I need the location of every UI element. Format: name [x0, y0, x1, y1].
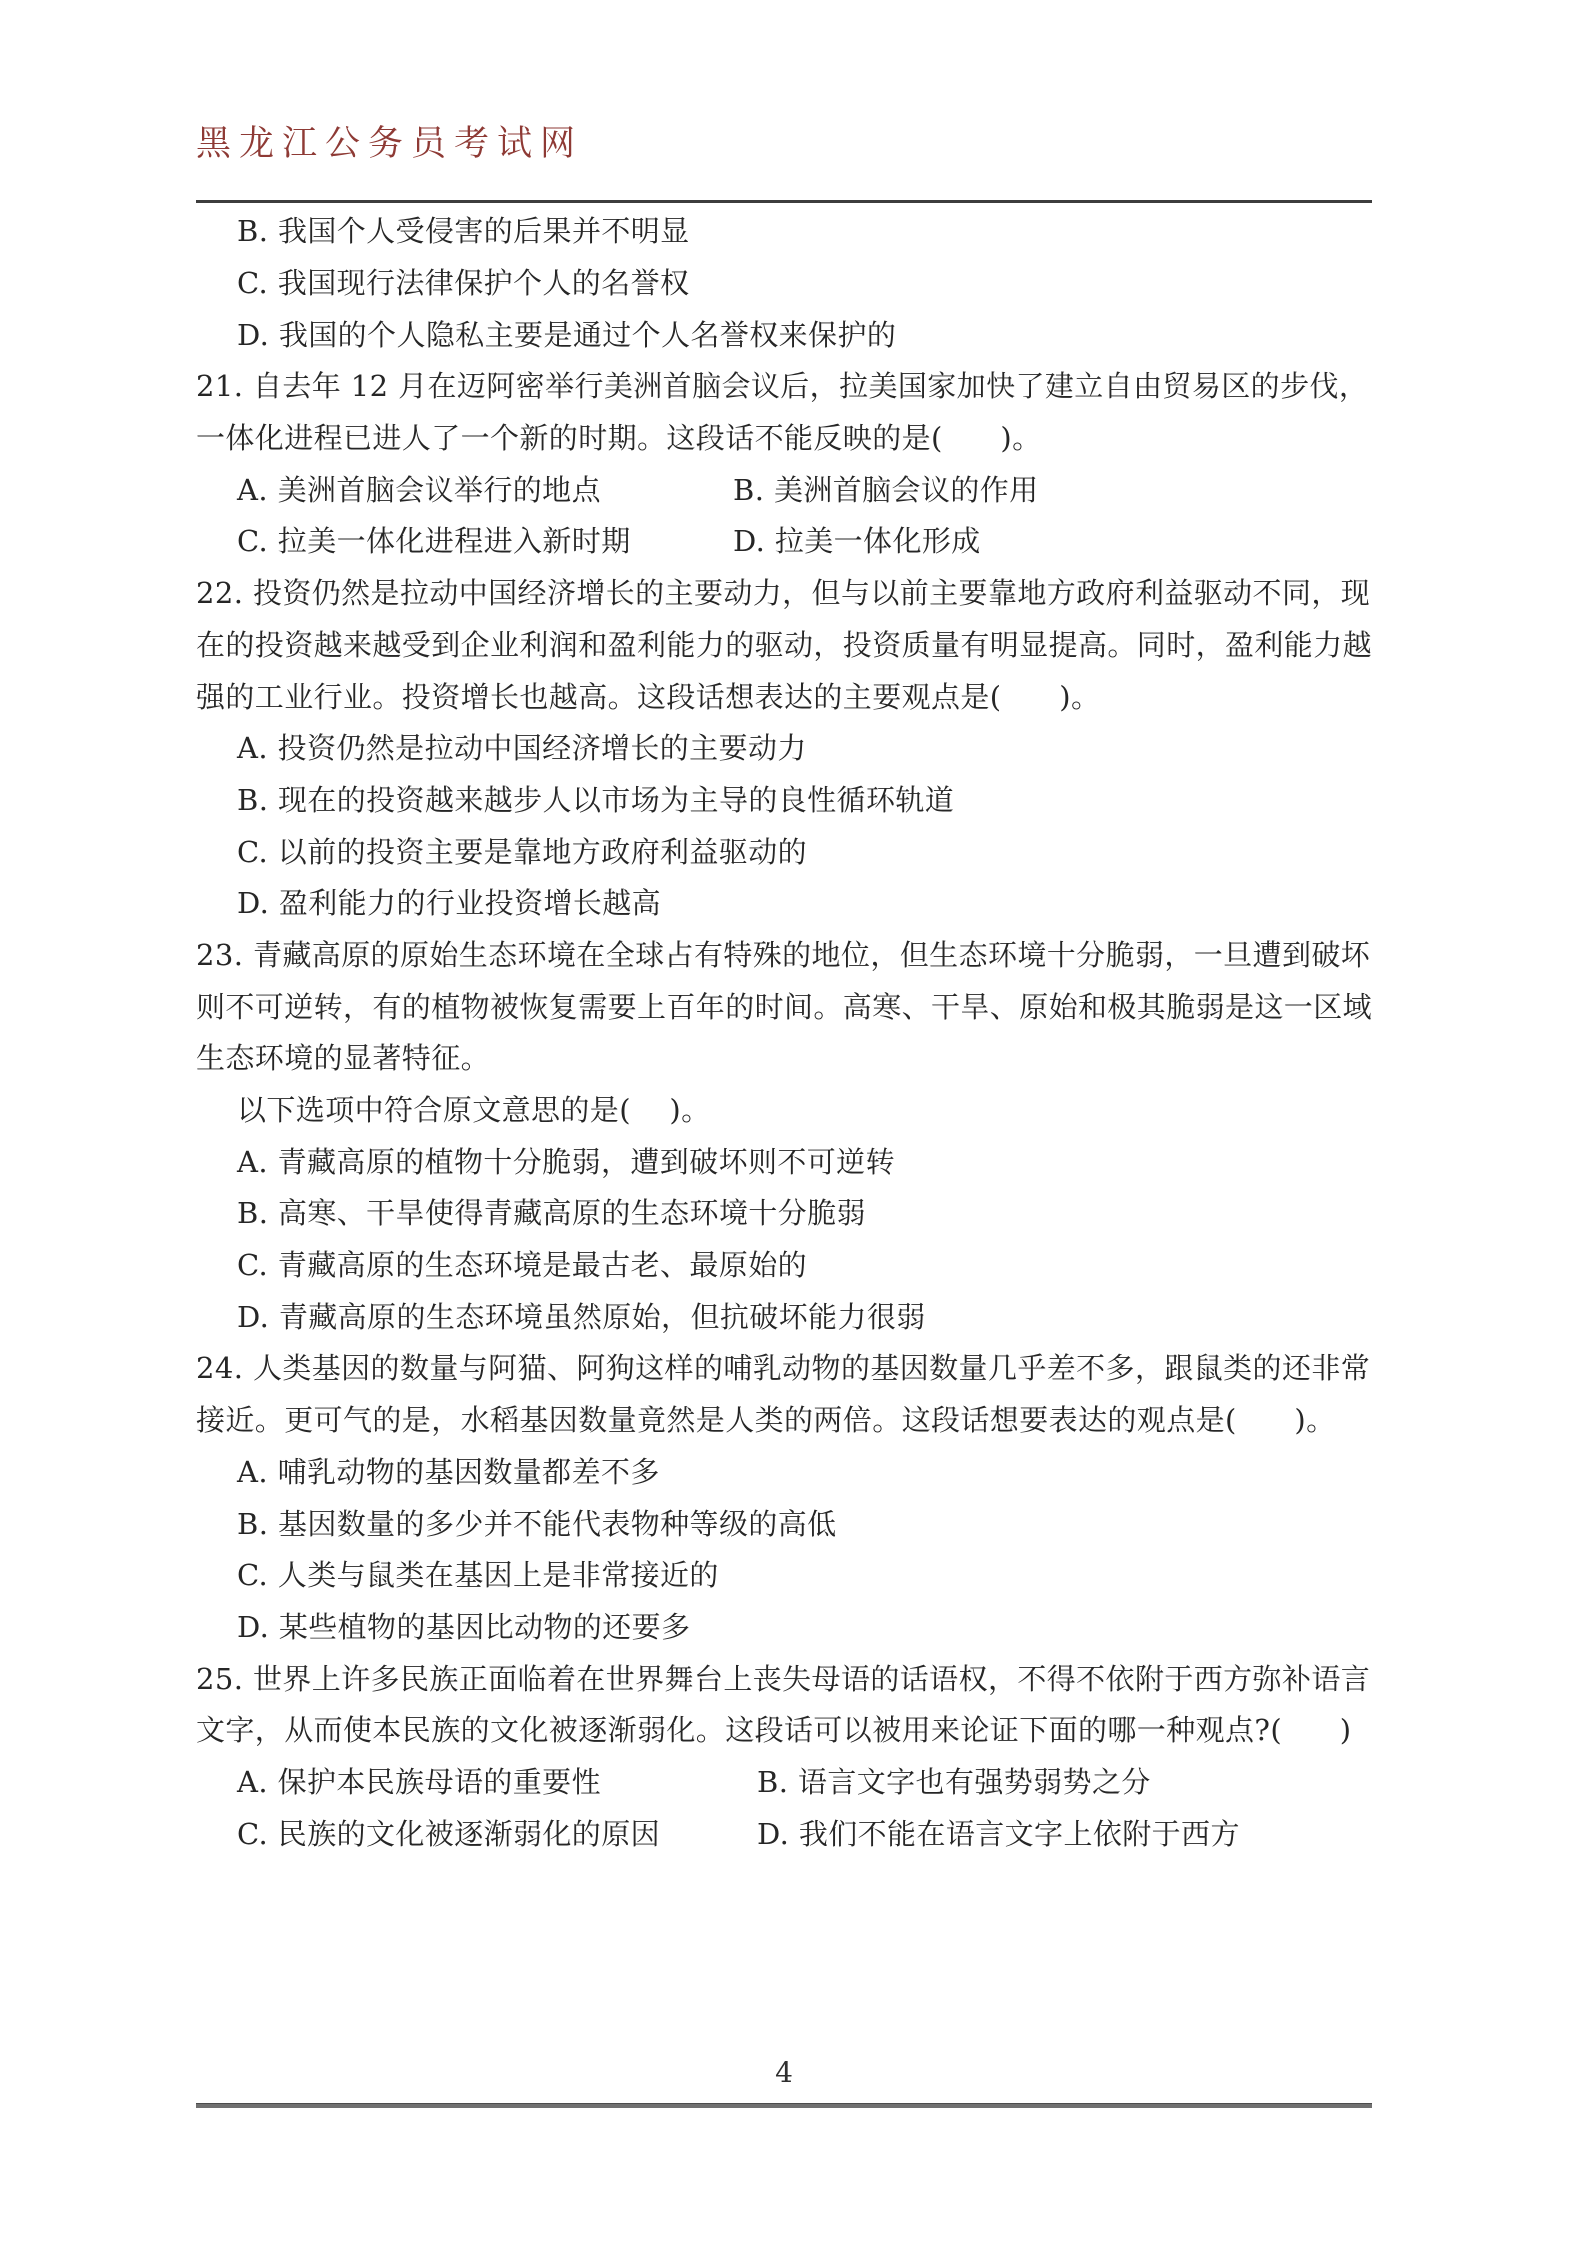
question-line: 25. 世界上许多民族正面临着在世界舞台上丧失母语的话语权，不得不依附于西方弥补… [196, 1651, 1376, 1703]
continuation-line: 一体化进程已进人了一个新的时期。这段话不能反映的是( )。 [196, 411, 1376, 463]
option-pair-line: C. 拉美一体化进程进入新时期D. 拉美一体化形成 [196, 514, 1376, 566]
option-line: D. 青藏高原的生态环境虽然原始，但抗破坏能力很弱 [196, 1289, 1376, 1341]
option-pair-line: A. 保护本民族母语的重要性B. 语言文字也有强势弱势之分 [196, 1755, 1376, 1807]
option-text: D. 我们不能在语言文字上依附于西方 [757, 1812, 1240, 1853]
continuation-line: 在的投资越来越受到企业利润和盈利能力的驱动，投资质量有明显提高。同时，盈利能力越 [196, 618, 1376, 670]
option-text: A. 美洲首脑会议举行的地点 [237, 468, 733, 509]
exam-document-page: 黑龙江公务员考试网 B. 我国个人受侵害的后果并不明显C. 我国现行法律保护个人… [0, 0, 1594, 2252]
continuation-line: 接近。更可气的是，水稻基因数量竟然是人类的两倍。这段话想要表达的观点是( )。 [196, 1393, 1376, 1445]
option-pair-line: C. 民族的文化被逐渐弱化的原因D. 我们不能在语言文字上依附于西方 [196, 1806, 1376, 1858]
continuation-line: 则不可逆转，有的植物被恢复需要上百年的时间。高寒、干旱、原始和极其脆弱是这一区域 [196, 979, 1376, 1031]
option-line: A. 投资仍然是拉动中国经济增长的主要动力 [196, 721, 1376, 773]
option-line: D. 盈利能力的行业投资增长越高 [196, 876, 1376, 928]
option-text: B. 语言文字也有强势弱势之分 [757, 1760, 1151, 1801]
option-line: D. 某些植物的基因比动物的还要多 [196, 1600, 1376, 1652]
question-line: 22. 投资仍然是拉动中国经济增长的主要动力，但与以前主要靠地方政府利益驱动不同… [196, 566, 1376, 618]
option-line: B. 基因数量的多少并不能代表物种等级的高低 [196, 1496, 1376, 1548]
option-text: A. 保护本民族母语的重要性 [237, 1760, 757, 1801]
option-line: B. 高寒、干旱使得青藏高原的生态环境十分脆弱 [196, 1186, 1376, 1238]
option-line: C. 青藏高原的生态环境是最古老、最原始的 [196, 1238, 1376, 1290]
header-divider [196, 200, 1372, 203]
option-line: C. 人类与鼠类在基因上是非常接近的 [196, 1548, 1376, 1600]
question-line: 23. 青藏高原的原始生态环境在全球占有特殊的地位，但生态环境十分脆弱，一旦遭到… [196, 928, 1376, 980]
option-line: A. 哺乳动物的基因数量都差不多 [196, 1445, 1376, 1497]
option-line: B. 现在的投资越来越步人以市场为主导的良性循环轨道 [196, 773, 1376, 825]
document-lines: B. 我国个人受侵害的后果并不明显C. 我国现行法律保护个人的名誉权D. 我国的… [196, 204, 1376, 1858]
question-line: 24. 人类基因的数量与阿猫、阿狗这样的哺乳动物的基因数量几乎差不多，跟鼠类的还… [196, 1341, 1376, 1393]
question-line: 21. 自去年 12 月在迈阿密举行美洲首脑会议后，拉美国家加快了建立自由贸易区… [196, 359, 1376, 411]
option-line: C. 以前的投资主要是靠地方政府利益驱动的 [196, 824, 1376, 876]
site-header-title: 黑龙江公务员考试网 [196, 116, 583, 166]
option-pair-line: A. 美洲首脑会议举行的地点B. 美洲首脑会议的作用 [196, 462, 1376, 514]
option-text: D. 拉美一体化形成 [733, 519, 981, 560]
footer-page-number: 4 [196, 2056, 1372, 2089]
continuation-line: 文字，从而使本民族的文化被逐渐弱化。这段话可以被用来论证下面的哪一种观点?( ) [196, 1703, 1376, 1755]
option-line: C. 我国现行法律保护个人的名誉权 [196, 256, 1376, 308]
option-line: D. 我国的个人隐私主要是通过个人名誉权来保护的 [196, 307, 1376, 359]
sub-question-line: 以下选项中符合原文意思的是( )。 [196, 1083, 1376, 1135]
option-text: C. 拉美一体化进程进入新时期 [237, 519, 733, 560]
option-line: B. 我国个人受侵害的后果并不明显 [196, 204, 1376, 256]
continuation-line: 生态环境的显著特征。 [196, 1031, 1376, 1083]
continuation-line: 强的工业行业。投资增长也越高。这段话想表达的主要观点是( )。 [196, 669, 1376, 721]
option-text: C. 民族的文化被逐渐弱化的原因 [237, 1812, 757, 1853]
footer-divider [196, 2103, 1372, 2108]
option-line: A. 青藏高原的植物十分脆弱，遭到破坏则不可逆转 [196, 1134, 1376, 1186]
option-text: B. 美洲首脑会议的作用 [733, 468, 1039, 509]
